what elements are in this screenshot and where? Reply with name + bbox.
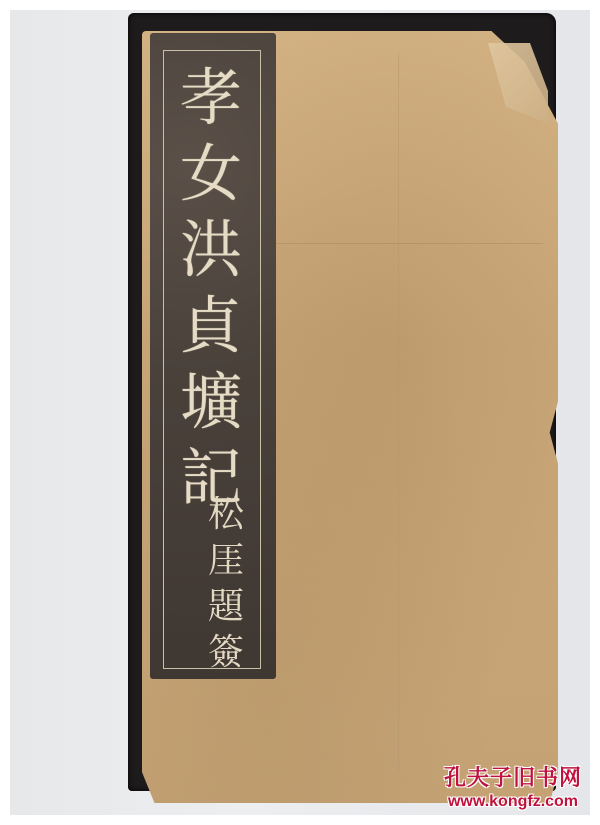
title-char: 貞 bbox=[180, 288, 242, 364]
watermark-site-name: 孔夫子旧书网 bbox=[438, 766, 588, 792]
paper-crease-vertical bbox=[398, 53, 399, 773]
title-char: 孝 bbox=[180, 60, 242, 136]
signature-char: 松 bbox=[208, 492, 244, 538]
title-char: 洪 bbox=[180, 212, 242, 288]
paper-crease-horizontal bbox=[273, 243, 543, 244]
watermark-url: www.kongfz.com bbox=[438, 792, 588, 812]
signature-char: 題 bbox=[208, 584, 244, 630]
signature-char: 簽 bbox=[208, 630, 244, 676]
book-title: 孝 女 洪 貞 壙 記 bbox=[163, 60, 259, 516]
signature-char: 厓 bbox=[208, 538, 244, 584]
calligrapher-signature: 松 厓 題 簽 bbox=[196, 492, 256, 676]
title-char: 壙 bbox=[180, 364, 242, 440]
site-watermark: 孔夫子旧书网 www.kongfz.com bbox=[438, 766, 588, 812]
title-char: 女 bbox=[180, 136, 242, 212]
